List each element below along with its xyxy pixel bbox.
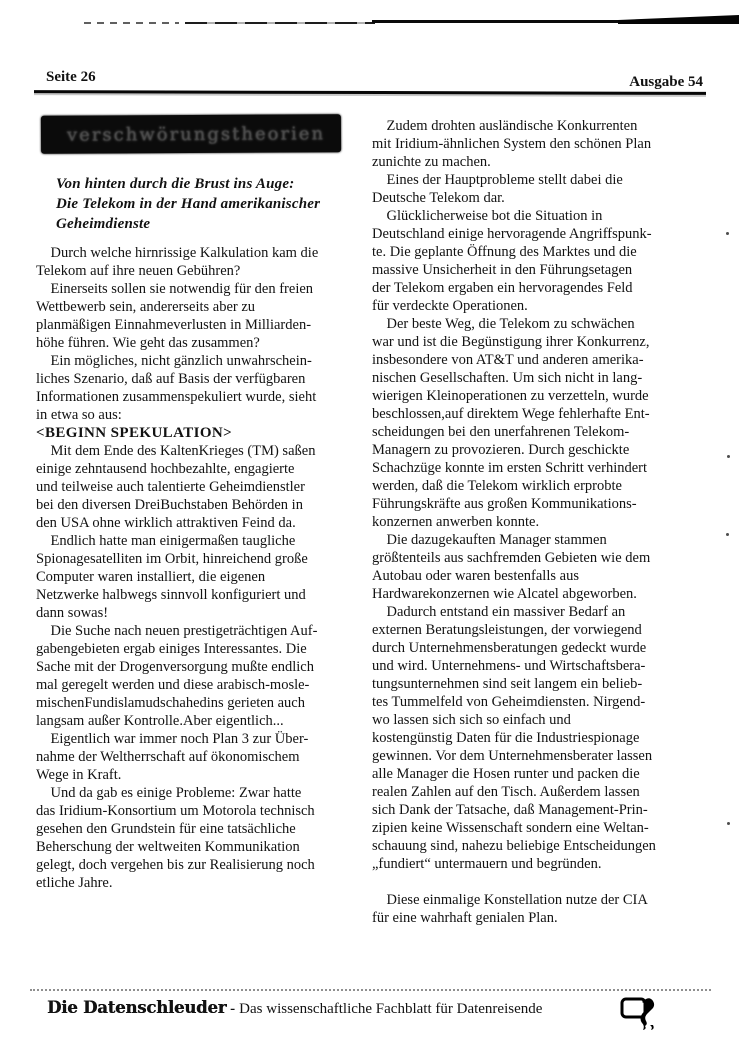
scan-artifact-top-corner (618, 15, 739, 24)
scan-speck (727, 455, 730, 458)
right-column: Zudem drohten ausländische Konkurrenten … (372, 117, 712, 927)
scan-speck (726, 533, 729, 536)
paragraph: Einerseits sollen sie notwendig für den … (36, 280, 366, 352)
paragraph: Eigentlich war immer noch Plan 3 zur Übe… (36, 730, 366, 784)
footer-tagline: Das wissenschaftliche Fachblatt für Date… (239, 1001, 542, 1017)
speculation-marker: <BEGINN SPEKULATION> (36, 424, 366, 442)
page-number: Seite 26 (46, 69, 96, 86)
magazine-page: Seite 26 Ausgabe 54 verschwörungstheorie… (0, 0, 739, 1055)
paragraph: Die Suche nach neuen prestigeträchtigen … (36, 622, 366, 730)
banner-ghost-title: verschwörungstheorien (41, 123, 341, 146)
paragraph: Und da gab es einige Probleme: Zwar hatt… (36, 784, 366, 892)
issue-number: Ausgabe 54 (629, 74, 703, 91)
paragraph: Mit dem Ende des KaltenKrieges (TM) saße… (36, 442, 366, 532)
article-title: Von hinten durch die Brust ins Auge: Die… (56, 174, 366, 234)
paragraph: Glücklicherweise bot die Situation in De… (372, 207, 712, 315)
scan-artifact-top-line (185, 22, 375, 24)
section-banner: verschwörungstheorien (41, 114, 341, 154)
scan-speck (726, 232, 729, 235)
paragraph: Zudem drohten ausländische Konkurrenten … (372, 117, 712, 171)
paragraph: Diese einmalige Konstellation nutze der … (372, 891, 712, 927)
paragraph: Der beste Weg, die Telekom zu schwächen … (372, 315, 712, 531)
footer-separator: - (226, 1001, 239, 1017)
paragraph: Ein mögliches, nicht gänzlich unwahrsche… (36, 352, 366, 424)
paragraph: Die dazugekauften Manager stammen größte… (372, 531, 712, 603)
footer: Die Datenschleuder-Das wissenschaftliche… (47, 998, 542, 1018)
magazine-name: Die Datenschleuder (47, 998, 226, 1017)
scan-artifact-top-dashes (84, 22, 179, 24)
scan-artifact-top-solid (372, 20, 627, 23)
paragraph: Dadurch entstand ein massiver Bedarf an … (372, 603, 712, 873)
paragraph: Durch welche hirnrissige Kalkulation kam… (36, 244, 366, 280)
header-rule (34, 90, 706, 95)
datenschleuder-logo-icon (620, 992, 662, 1034)
paragraph: Eines der Hauptprobleme stellt dabei die… (372, 171, 712, 207)
scan-speck (727, 822, 730, 825)
footer-rule (30, 989, 711, 991)
left-column: Von hinten durch die Brust ins Auge: Die… (36, 174, 366, 892)
paragraph: Endlich hatte man einigermaßen taugliche… (36, 532, 366, 622)
